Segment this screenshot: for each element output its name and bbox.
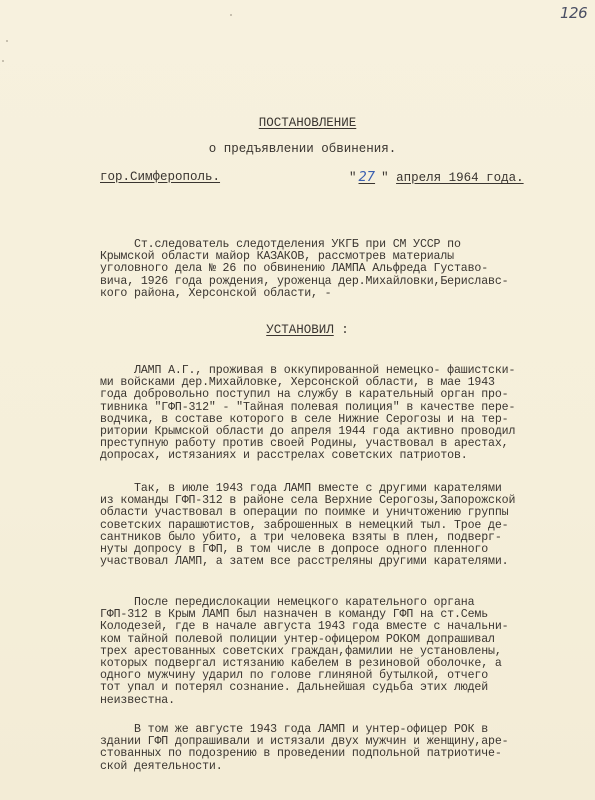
page-number-handwritten: 126 [560, 4, 587, 22]
document-title: ПОСТАНОВЛЕНИЕ [0, 116, 595, 130]
established-heading: УСТАНОВИЛ : [0, 323, 595, 337]
paper-speck [2, 60, 4, 62]
date-of-issue: "27" апреля 1964 года. [349, 170, 524, 185]
document-subtitle: о предъявлении обвинения. [0, 142, 595, 156]
paragraph-3: После передислокации немецкого карательн… [100, 597, 570, 707]
date-close-quote: " [381, 171, 396, 185]
date-day-handwritten: 27 [357, 170, 382, 185]
paragraph-4: В том же августе 1943 года ЛАМП и унтер-… [100, 724, 570, 773]
established-heading-text: УСТАНОВИЛ [266, 323, 334, 337]
paragraph-1: ЛАМП А.Г., проживая в оккупированной нем… [100, 365, 570, 463]
paper-speck [230, 14, 232, 16]
intro-paragraph: Ст.следователь следотделения УКГБ при СМ… [100, 239, 570, 300]
document-page: 126 ПОСТАНОВЛЕНИЕ о предъявлении обвинен… [0, 0, 595, 800]
paragraph-2: Так, в июле 1943 года ЛАМП вместе с друг… [100, 483, 570, 568]
date-month-year: апреля 1964 года. [396, 171, 524, 185]
document-title-text: ПОСТАНОВЛЕНИЕ [259, 116, 357, 130]
paper-speck [6, 40, 8, 42]
date-open-quote: " [349, 171, 357, 185]
place-of-issue: гор.Симферополь. [100, 170, 220, 184]
established-heading-colon: : [334, 323, 349, 337]
